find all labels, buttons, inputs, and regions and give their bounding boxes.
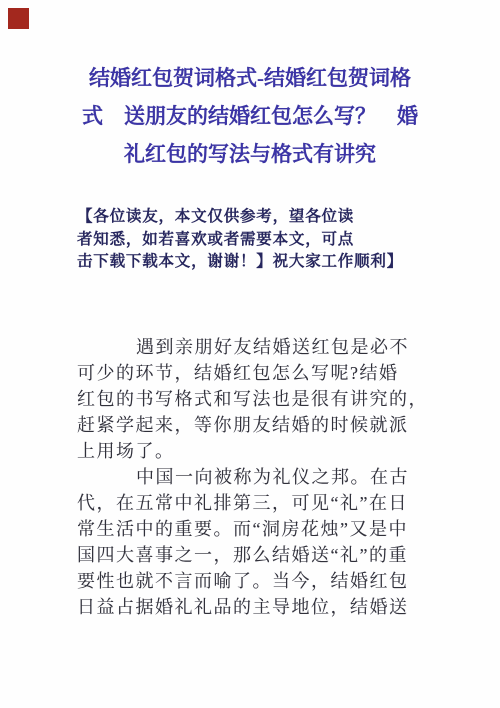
notice-line: 【各位读友，本文仅供参考，望各位读	[77, 206, 437, 229]
reader-notice-block: 【各位读友，本文仅供参考，望各位读 者知悉，如若喜欢或者需要本文，可点 击下载下…	[77, 206, 437, 274]
body-line: 中国一向被称为礼仪之邦。在古	[77, 464, 433, 490]
body-line: 赶紧学起来，等你朋友结婚的时候就派	[77, 412, 433, 438]
body-line: 遇到亲朋好友结婚送红包是必不	[77, 334, 433, 360]
red-corner-marker	[8, 8, 29, 29]
body-line: 红包的书写格式和写法也是很有讲究的，	[77, 386, 433, 412]
body-line: 日益占据婚礼礼品的主导地位，结婚送	[77, 594, 433, 620]
body-line: 常生活中的重要。而“洞房花烛”又是中	[77, 516, 433, 542]
document-title: 结婚红包贺词格式-结婚红包贺词格 式 送朋友的结婚红包怎么写？ 婚 礼红包的写法…	[0, 59, 500, 173]
title-line: 式 送朋友的结婚红包怎么写？ 婚	[0, 97, 500, 135]
document-body: 遇到亲朋好友结婚送红包是必不 可少的环节，结婚红包怎么写呢?结婚 红包的书写格式…	[77, 334, 433, 620]
title-line: 结婚红包贺词格式-结婚红包贺词格	[0, 59, 500, 97]
title-line: 礼红包的写法与格式有讲究	[0, 135, 500, 173]
notice-line: 者知悉，如若喜欢或者需要本文，可点	[77, 229, 437, 252]
body-paragraph-2: 中国一向被称为礼仪之邦。在古 代，在五常中礼排第三，可见“礼”在日 常生活中的重…	[77, 464, 433, 620]
body-line: 国四大喜事之一，那么结婚送“礼”的重	[77, 542, 433, 568]
document-page: 结婚红包贺词格式-结婚红包贺词格 式 送朋友的结婚红包怎么写？ 婚 礼红包的写法…	[0, 0, 500, 708]
body-line: 代，在五常中礼排第三，可见“礼”在日	[77, 490, 433, 516]
body-line: 可少的环节，结婚红包怎么写呢?结婚	[77, 360, 433, 386]
body-line: 要性也就不言而喻了。当今，结婚红包	[77, 568, 433, 594]
body-line: 上用场了。	[77, 438, 433, 464]
notice-line: 击下载下载本文，谢谢！】祝大家工作顺利】	[77, 251, 437, 274]
body-paragraph-1: 遇到亲朋好友结婚送红包是必不 可少的环节，结婚红包怎么写呢?结婚 红包的书写格式…	[77, 334, 433, 464]
